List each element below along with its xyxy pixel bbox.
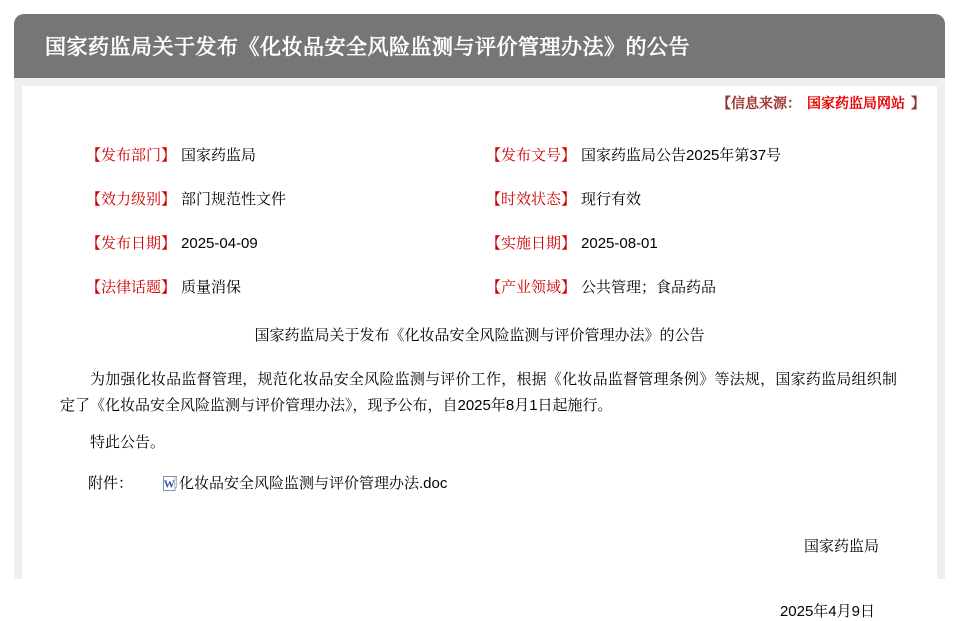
info-source: 【信息来源：国家药监局网站】 (22, 86, 937, 113)
meta-effect-level: 【效力级别】部门规范性文件 (86, 188, 486, 209)
attachment-line: 附件：W化妆品安全风险监测与评价管理办法.doc (60, 471, 897, 500)
meta-label: 【实施日期】 (486, 235, 576, 252)
announcement-header-bar: 国家药监局关于发布《化妆品安全风险监测与评价管理办法》的公告 (14, 14, 945, 78)
meta-label: 【法律话题】 (86, 279, 176, 296)
meta-value: 国家药监局 (181, 147, 256, 164)
meta-implementation-date: 【实施日期】2025-08-01 (486, 232, 937, 253)
closing-line: 特此公告。 (60, 430, 897, 456)
meta-value: 国家药监局公告2025年第37号 (581, 147, 781, 164)
page-title: 国家药监局关于发布《化妆品安全风险监测与评价管理办法》的公告 (45, 31, 690, 61)
meta-value: 质量消保 (181, 279, 241, 296)
meta-label: 【发布日期】 (86, 235, 176, 252)
info-source-bracket: 】 (911, 95, 925, 111)
meta-value: 2025-08-01 (581, 235, 658, 252)
meta-label: 【发布文号】 (486, 147, 576, 164)
meta-publish-department: 【发布部门】国家药监局 (86, 144, 486, 165)
page-wrapper: 国家药监局关于发布《化妆品安全风险监测与评价管理办法》的公告 【信息来源：国家药… (14, 14, 945, 579)
meta-publish-date: 【发布日期】2025-04-09 (86, 232, 486, 253)
meta-value: 部门规范性文件 (181, 191, 286, 208)
meta-label: 【效力级别】 (86, 191, 176, 208)
meta-value: 现行有效 (581, 191, 641, 208)
content-panel: 【信息来源：国家药监局网站】 【发布部门】国家药监局 【发布文号】国家药监局公告… (22, 86, 937, 579)
attachment-filename: 化妆品安全风险监测与评价管理办法.doc (179, 475, 447, 492)
meta-value: 公共管理；食品药品 (581, 279, 716, 296)
document-paragraph: 为加强化妆品监督管理，规范化妆品安全风险监测与评价工作，根据《化妆品监督管理条例… (60, 367, 897, 419)
svg-text:W: W (164, 479, 175, 491)
document-title: 国家药监局关于发布《化妆品安全风险监测与评价管理办法》的公告 (22, 324, 937, 345)
signature-agency: 国家药监局 (22, 535, 879, 556)
meta-document-number: 【发布文号】国家药监局公告2025年第37号 (486, 144, 937, 165)
metadata-grid: 【发布部门】国家药监局 【发布文号】国家药监局公告2025年第37号 【效力级别… (86, 144, 937, 297)
attachment-label: 附件： (88, 475, 133, 492)
meta-validity-status: 【时效状态】现行有效 (486, 188, 937, 209)
meta-legal-topic: 【法律话题】质量消保 (86, 276, 486, 297)
meta-industry-field: 【产业领域】公共管理；食品药品 (486, 276, 937, 297)
meta-label: 【产业领域】 (486, 279, 576, 296)
meta-label: 【发布部门】 (86, 147, 176, 164)
word-doc-icon: W (135, 474, 178, 500)
meta-value: 2025-04-09 (181, 235, 258, 252)
meta-label: 【时效状态】 (486, 191, 576, 208)
info-source-label: 【信息来源： (717, 95, 801, 111)
attachment-link[interactable]: W化妆品安全风险监测与评价管理办法.doc (133, 475, 447, 492)
info-source-link[interactable]: 国家药监局网站 (807, 95, 905, 111)
